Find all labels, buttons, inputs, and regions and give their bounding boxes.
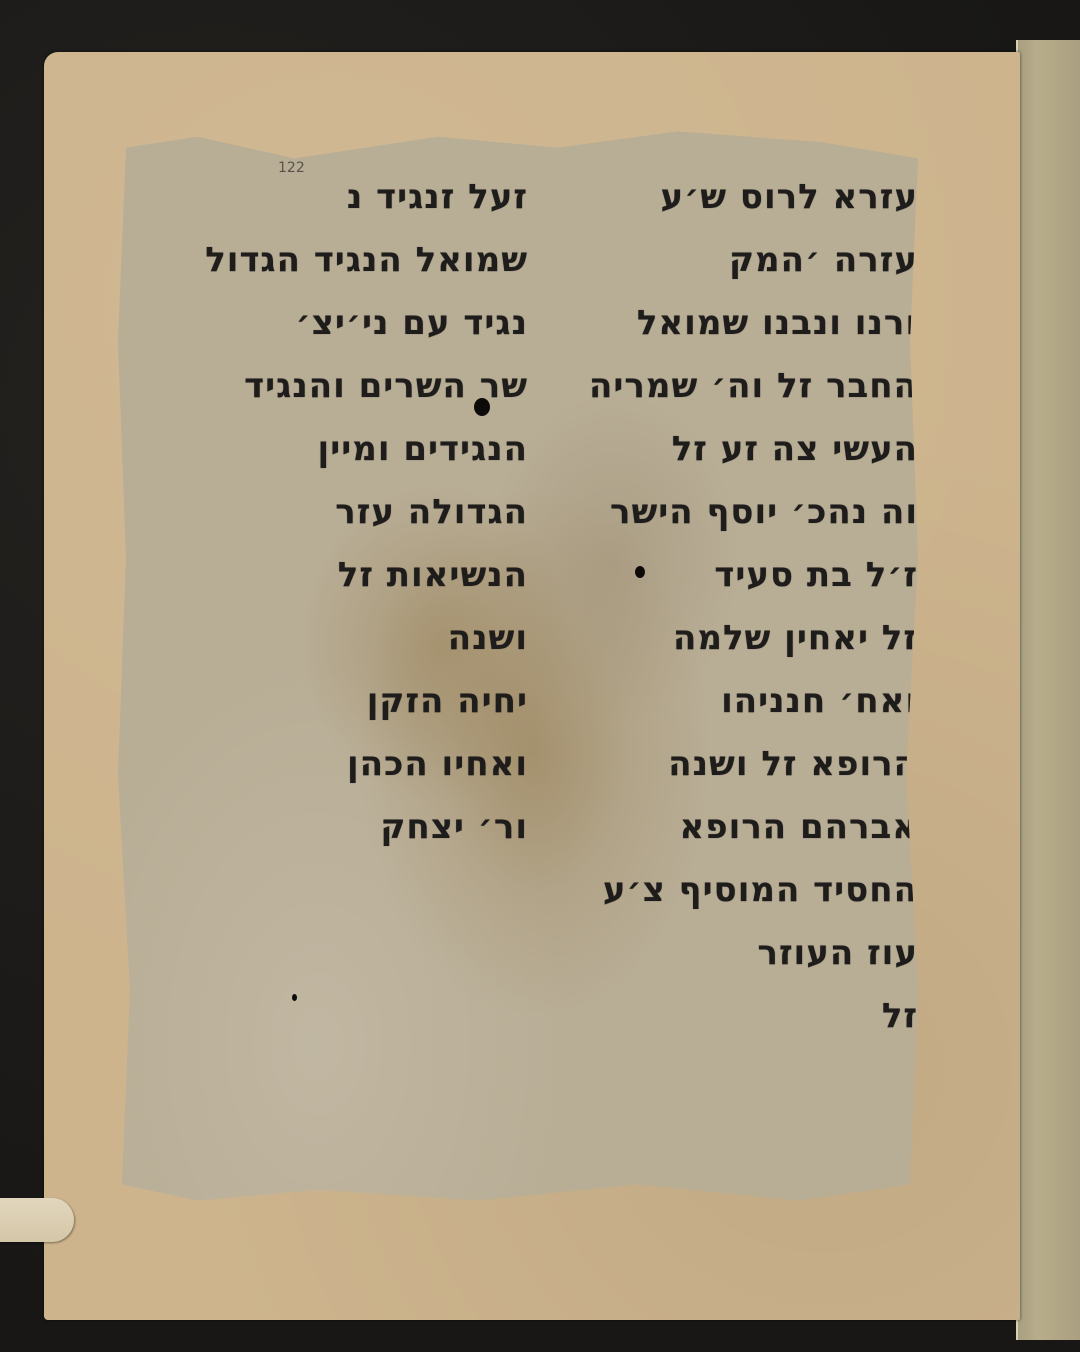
text-line: עוז העוזר [538, 922, 918, 985]
text-line: הנשיאות זל [138, 544, 528, 607]
text-line: זעל זנגיד נ [138, 166, 528, 229]
right-text-column: עזרא לרוס ש׳ע עזרה ׳המק ורנו ונבנו שמואל… [538, 166, 918, 1048]
text-line: החבר זל וה׳ שמריה [538, 355, 918, 418]
manuscript-fragment: 122 זעל זנגיד נ שמואל הנגיד הגדול נגיד ע… [118, 126, 918, 1206]
text-line: אברהם הרופא [538, 796, 918, 859]
text-line: זל יאחין שלמה [538, 607, 918, 670]
text-line: ואח׳ חנניהו [538, 670, 918, 733]
worm-hole [474, 398, 490, 416]
text-line: ז׳ל בת סעיד [538, 544, 918, 607]
text-line: נגיד עם ני׳יצ׳ [138, 292, 528, 355]
text-line: הנגידים ומיין [138, 418, 528, 481]
text-line: החסיד המוסיף צ׳ע [538, 859, 918, 922]
text-line: עזרה ׳המק [538, 229, 918, 292]
text-line: עזרא לרוס ש׳ע [538, 166, 918, 229]
text-line: וה נהכ׳ יוסף הישר [538, 481, 918, 544]
left-text-column: זעל זנגיד נ שמואל הנגיד הגדול נגיד עם ני… [138, 166, 528, 859]
text-line: שמואל הנגיד הגדול [138, 229, 528, 292]
text-line: הרופא זל ושנה [538, 733, 918, 796]
text-line: זל [538, 985, 918, 1048]
wooden-marker-stick [0, 1198, 74, 1242]
text-line: ורנו ונבנו שמואל [538, 292, 918, 355]
text-line: העשי צה זע זל [538, 418, 918, 481]
text-line: ור׳ יצחק [138, 796, 528, 859]
facing-page-edge [1016, 40, 1080, 1340]
text-line: שר השרים והנגיד [138, 355, 528, 418]
text-line: יחיה הזקן [138, 670, 528, 733]
worm-hole [292, 994, 297, 1001]
worm-hole [635, 566, 645, 578]
text-line: ואחיו הכהן [138, 733, 528, 796]
text-line: הגדולה עזר [138, 481, 528, 544]
text-line: ושנה [138, 607, 528, 670]
